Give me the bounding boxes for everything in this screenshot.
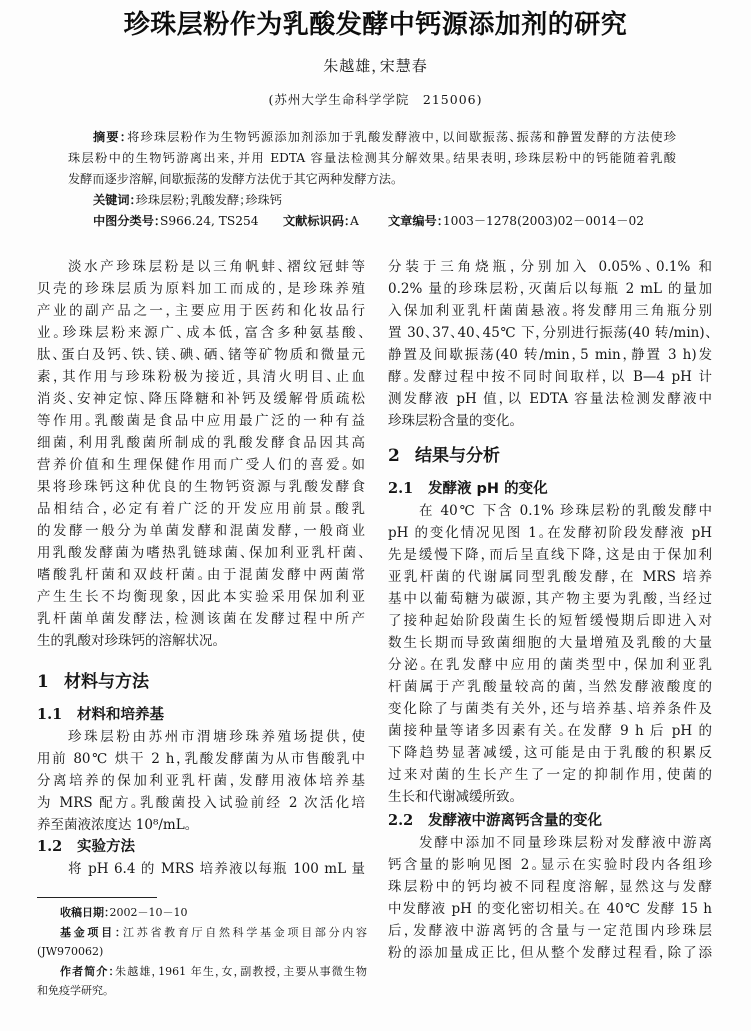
abstract-line: 发酵而逐步溶解，间歇振荡的发酵方法优于其它两种发酵方法。 <box>68 169 676 190</box>
body-line: 基中以葡萄糖为碳源，其产物主要为乳酸，当经过 <box>388 588 712 610</box>
subsection-title: 材料和培养基 <box>77 707 164 723</box>
body-line: 生长和代谢减缓所致。 <box>388 786 712 808</box>
body-line: 0.2% 量的珍珠层粉，灭菌后以每瓶 2 mL 的量加 <box>388 278 712 300</box>
body-line: 钙含量的影响见图 2。显示在实验时段内各组珍 <box>388 854 712 876</box>
footnote-fund: 基金项目：江苏省教育厅自然科学基金项目部分内容 <box>37 923 367 943</box>
fund-label: 基金项目： <box>60 926 123 939</box>
clc-label: 中图分类号： <box>93 214 160 228</box>
body-line: 珠层粉中的钙均被不同程度溶解，显然这与发酵 <box>388 876 712 898</box>
body-line: 乳杆菌单菌发酵法，检测该菌在发酵过程中所产 <box>37 608 365 630</box>
abstract-line: 珠层粉中的生物钙游离出来，并用 EDTA 容量法检测其分解效果。结果表明，珍珠层… <box>68 148 676 169</box>
body-line: 分装于三角烧瓶，分别加入 0.05%、0.1% 和 <box>388 256 712 278</box>
section-title: 材料与方法 <box>64 672 149 692</box>
article-no-label: 文章编号： <box>388 214 443 228</box>
body-line: 发酵中添加不同量珍珠层粉对发酵液中游离 <box>388 832 712 854</box>
abstract-block: 摘要：将珍珠层粉作为生物钙源添加剂添加于乳酸发酵液中，以间歇振荡、振荡和静置发酵… <box>68 127 676 232</box>
body-line: 下降趋势显著减缓，这可能是由于乳酸的积累反 <box>388 742 712 764</box>
body-line: 珍珠层粉由苏州市渭塘珍珠养殖场提供，使 <box>37 726 365 748</box>
body-line: 菌接种量等诸多因素有关。在发酵 9 h 后 pH 的 <box>388 720 712 742</box>
clc-cell: 中图分类号：S966.24, TS254 <box>93 211 283 232</box>
paper-page: 珍珠层粉作为乳酸发酵中钙源添加剂的研究 朱越雄，宋慧春 (苏州大学生命科学学院 … <box>0 0 751 1031</box>
paper-title: 珍珠层粉作为乳酸发酵中钙源添加剂的研究 <box>0 9 751 41</box>
body-line: 为 MRS 配方。乳酸菌投入试验前经 2 次活化培 <box>37 792 365 814</box>
body-line: 数生长期而导致菌细胞的大量增殖及乳酸的大量 <box>388 632 712 654</box>
article-no-value: 1003－1278(2003)02－0014－02 <box>443 214 644 228</box>
keywords-line: 关键词：珍珠层粉；乳酸发酵；珍珠钙 <box>68 190 676 211</box>
subsection-number: 2.2 <box>388 810 428 832</box>
body-line: 消炎、安神定惊、降压降糖和补钙及缓解骨质疏松 <box>37 388 365 410</box>
footnote-fund-code: (JW970062) <box>37 942 367 962</box>
footnotes: 收稿日期：2002－10－10 基金项目：江苏省教育厅自然科学基金项目部分内容 … <box>37 903 367 1001</box>
body-line: 粉的添加量成正比，但从整个发酵过程看，除了添 <box>388 942 712 964</box>
subsection-heading: 1.1材料和培养基 <box>37 704 365 726</box>
right-column: 分装于三角烧瓶，分别加入 0.05%、0.1% 和 0.2% 量的珍珠层粉，灭菌… <box>388 256 712 964</box>
body-line: 养至菌液浓度达 10⁸/mL。 <box>37 814 365 836</box>
keywords-label: 关键词： <box>93 193 136 207</box>
author-affiliation: (苏州大学生命科学学院 215006) <box>0 90 751 110</box>
body-line: 静置及间歇振荡(40 转/min，5 min，静置 3 h)发 <box>388 344 712 366</box>
body-line: 素，其作用与珍珠粉极为接近，具清火明目、止血 <box>37 366 365 388</box>
body-line: 用乳酸发酵菌为嗜热乳链球菌、保加利亚乳杆菌、 <box>37 542 365 564</box>
body-line: 品相结合，必定有着广泛的开发应用前景。酸乳 <box>37 498 365 520</box>
subsection-title: 发酵液中游离钙含量的变化 <box>428 813 602 829</box>
body-line: 后，发酵液中游离钙的含量与一定范围内珍珠层 <box>388 920 712 942</box>
body-line: 肽、蛋白及钙、铁、镁、碘、硒、锗等矿物质和微量元 <box>37 344 365 366</box>
doc-code-cell: 文献标识码：A <box>283 211 388 232</box>
doc-code-label: 文献标识码： <box>283 214 350 228</box>
body-line: 细菌，利用乳酸菌所制成的乳酸发酵食品因其高 <box>37 432 365 454</box>
body-line: 嗜酸乳杆菌和双歧杆菌。由于混菌发酵中两菌常 <box>37 564 365 586</box>
body-line: 在 40℃ 下含 0.1% 珍珠层粉的乳酸发酵中 <box>388 500 712 522</box>
subsection-number: 1.1 <box>37 704 77 726</box>
keywords-value: 珍珠层粉；乳酸发酵；珍珠钙 <box>136 193 282 207</box>
author-bio-value: 朱越雄，1961 年生，女，副教授，主要从事微生物 <box>115 965 367 978</box>
body-line: 营养价值和生理保健作用而广受人们的喜爱。如 <box>37 454 365 476</box>
abstract-line: 摘要：将珍珠层粉作为生物钙源添加剂添加于乳酸发酵液中，以间歇振荡、振荡和静置发酵… <box>68 127 676 148</box>
body-line: 贝壳的珍珠层质为原料加工而成的，是珍珠养殖 <box>37 278 365 300</box>
footnote-author: 作者简介：朱越雄，1961 年生，女，副教授，主要从事微生物 <box>37 962 367 982</box>
subsection-heading: 2.2发酵液中游离钙含量的变化 <box>388 810 712 832</box>
section-heading: 2结果与分析 <box>388 443 712 469</box>
abstract-label: 摘要： <box>93 130 127 144</box>
subsection-title: 实验方法 <box>77 839 135 855</box>
fund-value: 江苏省教育厅自然科学基金项目部分内容 <box>123 926 367 939</box>
body-line: 果将珍珠钙这种优良的生物钙资源与乳酸发酵食 <box>37 476 365 498</box>
subsection-heading: 2.1发酵液 pH 的变化 <box>388 478 712 500</box>
abstract-text: 将珍珠层粉作为生物钙源添加剂添加于乳酸发酵液中，以间歇振荡、振荡和静置发酵的方法… <box>127 130 676 144</box>
body-line: 淡水产珍珠层粉是以三角帆蚌、褶纹冠蚌等 <box>37 256 365 278</box>
clc-value: S966.24, TS254 <box>160 214 258 228</box>
body-line: 测发酵液 pH 值，以 EDTA 容量法检测发酵液中 <box>388 388 712 410</box>
section-heading: 1材料与方法 <box>37 669 365 695</box>
subsection-number: 1.2 <box>37 836 77 858</box>
body-line: 业。珍珠层粉来源广、成本低，富含多种氨基酸、 <box>37 322 365 344</box>
footnote-author-continued: 和免疫学研究。 <box>37 981 367 1001</box>
section-number: 1 <box>37 669 64 695</box>
body-line: 分离培养的保加利亚乳杆菌，发酵用液体培养基 <box>37 770 365 792</box>
body-line: 珍珠层粉含量的变化。 <box>388 410 712 432</box>
body-line: 将 pH 6.4 的 MRS 培养液以每瓶 100 mL 量 <box>37 858 365 880</box>
subsection-heading: 1.2实验方法 <box>37 836 365 858</box>
section-number: 2 <box>388 443 415 469</box>
body-line: 置 30、37、40、45℃ 下，分别进行振荡(40 转/min)、 <box>388 322 712 344</box>
doc-code-value: A <box>350 214 359 228</box>
subsection-number: 2.1 <box>388 478 428 500</box>
paper-authors: 朱越雄，宋慧春 <box>0 55 751 77</box>
footnote-received: 收稿日期：2002－10－10 <box>37 903 367 923</box>
body-line: 先是缓慢下降，而后呈直线下降，这是由于保加利 <box>388 544 712 566</box>
body-line: 用前 80℃ 烘干 2 h，乳酸发酵菌为从市售酸乳中 <box>37 748 365 770</box>
left-column: 淡水产珍珠层粉是以三角帆蚌、褶纹冠蚌等 贝壳的珍珠层质为原料加工而成的，是珍珠养… <box>37 256 365 880</box>
body-line: 过来对菌的生长产生了一定的抑制作用，使菌的 <box>388 764 712 786</box>
body-line: 产生生长不均衡现象，因此本实验采用保加利亚 <box>37 586 365 608</box>
received-label: 收稿日期： <box>60 906 110 919</box>
body-line: 酵。发酵过程中按不同时间取样，以 B—4 pH 计 <box>388 366 712 388</box>
body-line: 产业的副产品之一，主要应用于医药和化妆品行 <box>37 300 365 322</box>
body-line: 变化除了与菌类有关外，还与培养基、培养条件及 <box>388 698 712 720</box>
article-no-cell: 文章编号：1003－1278(2003)02－0014－02 <box>388 211 644 232</box>
author-bio-label: 作者简介： <box>60 965 115 978</box>
body-line: 等作用。乳酸菌是食品中应用最广泛的一种有益 <box>37 410 365 432</box>
body-line: 亚乳杆菌的代谢属同型乳酸发酵，在 MRS 培养 <box>388 566 712 588</box>
classification-line: 中图分类号：S966.24, TS254文献标识码：A文章编号：1003－127… <box>68 211 676 232</box>
body-line: 了接种起始阶段菌生长的短暂缓慢期后即进入对 <box>388 610 712 632</box>
body-line: 中发酵液 pH 的变化密切相关。在 40℃ 发酵 15 h <box>388 898 712 920</box>
body-line: 杆菌属于产乳酸量较高的菌，当然发酵液酸度的 <box>388 676 712 698</box>
footnote-divider <box>37 897 157 898</box>
body-line: 分泌。在乳发酵中应用的菌类型中，保加利亚乳 <box>388 654 712 676</box>
subsection-title: 发酵液 pH 的变化 <box>428 481 548 497</box>
body-line: 的发酵一般分为单菌发酵和混菌发酵，一般商业 <box>37 520 365 542</box>
body-line: 生的乳酸对珍珠钙的溶解状况。 <box>37 630 365 652</box>
body-line: pH 的变化情况见图 1。在发酵初阶段发酵液 pH <box>388 522 712 544</box>
section-title: 结果与分析 <box>415 446 500 466</box>
body-line: 入保加利亚乳杆菌菌悬液。将发酵用三角瓶分别 <box>388 300 712 322</box>
received-value: 2002－10－10 <box>110 906 188 919</box>
